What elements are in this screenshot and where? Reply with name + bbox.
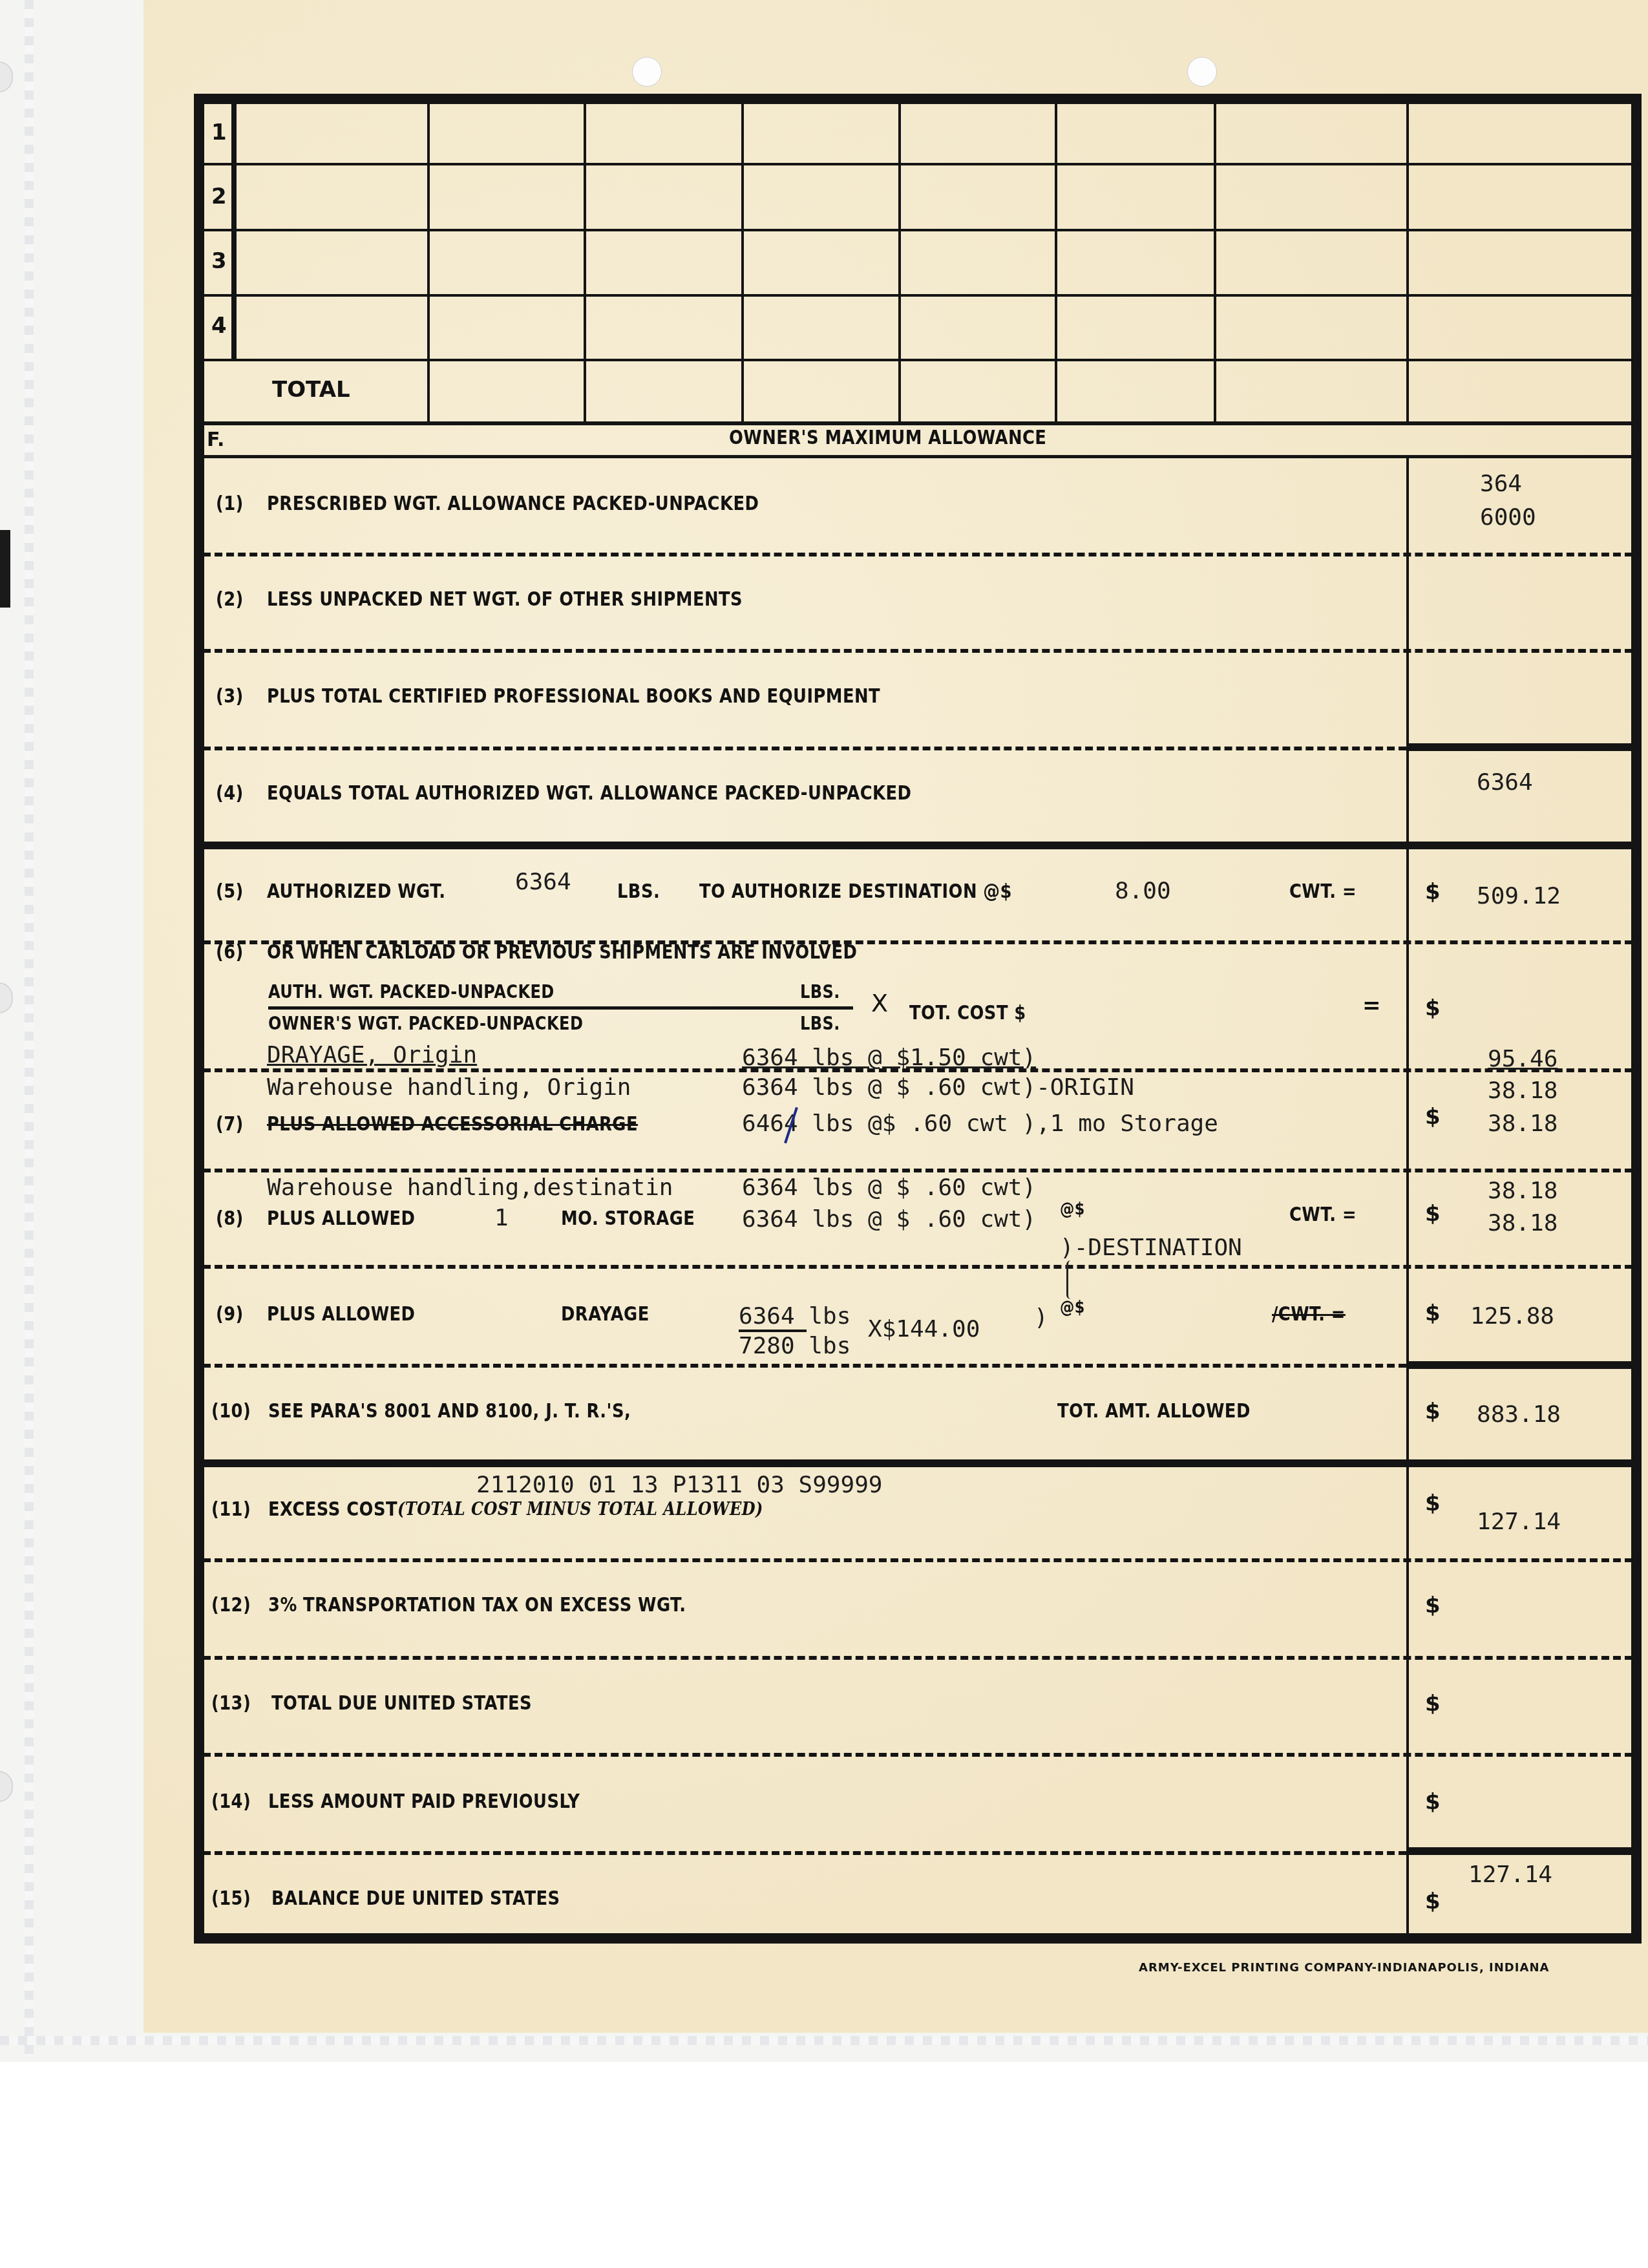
value-column-divider — [1406, 456, 1409, 1936]
line-4-label: EQUALS TOTAL AUTHORIZED WGT. ALLOWANCE P… — [267, 782, 911, 805]
line-6-auth-wgt: AUTH. WGT. PACKED-UNPACKED — [268, 981, 555, 1002]
line-separator — [203, 747, 1406, 750]
line-separator — [203, 1558, 1632, 1562]
value-separator-thick — [1406, 743, 1632, 751]
line-9-fraction-bar — [739, 1330, 807, 1332]
line-11-dollar: $ — [1425, 1490, 1441, 1516]
grid-col-divider — [1055, 102, 1057, 423]
line-9-fraction-top: 6364 lbs — [739, 1303, 850, 1330]
drayage-origin-label: DRAYAGE, Origin — [267, 1042, 477, 1068]
line-14-number: (14) — [211, 1790, 251, 1813]
section-f-line — [203, 455, 1632, 458]
line-15-value: 127.14 — [1468, 1861, 1552, 1888]
line-2-label: LESS UNPACKED NET WGT. OF OTHER SHIPMENT… — [267, 588, 743, 611]
line-6-tot-cost: TOT. COST $ — [909, 1002, 1026, 1024]
line-13-number: (13) — [211, 1692, 251, 1715]
line-8-at: @$ — [1060, 1200, 1085, 1219]
line-2-number: (2) — [216, 588, 244, 611]
line-6-owner-wgt: OWNER'S WGT. PACKED-UNPACKED — [268, 1013, 583, 1034]
line-8-destination-note: )-DESTINATION — [1060, 1235, 1242, 1261]
warehouse-origin-calc: 6364 lbs @ $ .60 cwt)-ORIGIN — [742, 1074, 1134, 1101]
line-7-value: 38.18 — [1488, 1110, 1558, 1137]
section-separator-thick — [203, 842, 1632, 849]
grid-col-divider — [741, 102, 744, 423]
grid-col-divider — [898, 102, 901, 423]
line-9-multiplier: X$144.00 — [868, 1316, 980, 1342]
line-1-value-a: 364 — [1480, 471, 1522, 497]
grid-row-number: 3 — [211, 248, 227, 274]
line-6-multiply: X — [871, 989, 888, 1017]
grid-total-label: TOTAL — [272, 377, 350, 403]
value-separator-thick — [1406, 1361, 1632, 1369]
line-10-label: SEE PARA'S 8001 AND 8100, J. T. R.'S, — [268, 1400, 631, 1423]
line-12-number: (12) — [211, 1594, 251, 1616]
line-5-dollar: $ — [1425, 879, 1441, 905]
line-9-number: (9) — [216, 1303, 244, 1326]
line-12-label: 3% TRANSPORTATION TAX ON EXCESS WGT. — [268, 1594, 686, 1616]
grid-col-divider — [1406, 102, 1409, 423]
line-15-label: BALANCE DUE UNITED STATES — [271, 1887, 560, 1910]
line-15-number: (15) — [211, 1887, 251, 1910]
grid-row-number: 2 — [211, 184, 227, 209]
line-8-label-b: MO. STORAGE — [561, 1207, 695, 1230]
grid-col-divider — [427, 102, 430, 423]
line-8-value: 38.18 — [1488, 1210, 1558, 1236]
line-7-label-struck: PLUS ALLOWED ACCESSORIAL CHARGE — [267, 1113, 638, 1136]
drayage-origin-calc: 6364 lbs @ $1.50 cwt) — [742, 1044, 1036, 1071]
value-separator-thick — [1406, 1847, 1632, 1855]
warehouse-dest-label: Warehouse handling,destinatin — [267, 1174, 673, 1201]
line-9-at: @$ — [1060, 1298, 1085, 1317]
section-letter: F. — [207, 429, 224, 451]
line-5-label-b: LBS. — [617, 880, 660, 903]
warehouse-dest-value: 38.18 — [1488, 1178, 1558, 1204]
line-separator — [203, 649, 1632, 653]
line-6-equals: = — [1362, 993, 1381, 1019]
line-14-dollar: $ — [1425, 1789, 1441, 1815]
line-10-total-label: TOT. AMT. ALLOWED — [1057, 1400, 1251, 1423]
typed-brace — [1066, 1260, 1075, 1299]
grid-row-number: 4 — [211, 313, 227, 339]
grid-row-line — [203, 359, 1632, 361]
grid-row-number: 1 — [211, 120, 227, 145]
grid-row-line — [203, 163, 1632, 165]
grid-bottom-line — [203, 421, 1632, 425]
line-5-weight: 6364 — [515, 869, 571, 895]
line-4-value: 6364 — [1477, 769, 1533, 796]
grid-row-line — [203, 229, 1632, 231]
drayage-origin-value: 95.46 — [1488, 1046, 1558, 1072]
line-3-label: PLUS TOTAL CERTIFIED PROFESSIONAL BOOKS … — [267, 685, 880, 708]
line-8-calc: 6364 lbs @ $ .60 cwt) — [742, 1206, 1036, 1233]
line-separator — [203, 1364, 1406, 1368]
grid-col-divider — [584, 102, 586, 423]
line-5-number: (5) — [216, 880, 244, 903]
grid-rownum-divider — [231, 102, 237, 361]
grid-col-divider — [1214, 102, 1216, 423]
cut-off-margin-text — [0, 530, 10, 608]
line-5-rate: 8.00 — [1115, 878, 1171, 904]
punch-hole-right — [1187, 57, 1217, 87]
warehouse-origin-value: 38.18 — [1488, 1077, 1558, 1104]
line-6-lbs-bottom: LBS. — [800, 1013, 840, 1034]
line-6-fraction-bar — [268, 1006, 853, 1010]
line-8-number: (8) — [216, 1207, 244, 1230]
line-separator — [203, 1753, 1632, 1757]
line-5-label-c: TO AUTHORIZE DESTINATION @$ — [699, 880, 1012, 903]
section-title: OWNER'S MAXIMUM ALLOWANCE — [729, 427, 1046, 449]
line-7-calc: 6464 lbs @$ .60 cwt ),1 mo Storage — [742, 1110, 1218, 1137]
line-7-dollar: $ — [1425, 1104, 1441, 1130]
line-12-dollar: $ — [1425, 1593, 1441, 1618]
line-13-dollar: $ — [1425, 1691, 1441, 1717]
line-4-number: (4) — [216, 782, 244, 805]
line-10-dollar: $ — [1425, 1399, 1441, 1425]
line-15-dollar: $ — [1425, 1889, 1441, 1914]
sleeve-perforated-bottom — [0, 2036, 1648, 2045]
line-8-dollar: $ — [1425, 1201, 1441, 1227]
warehouse-dest-calc: 6364 lbs @ $ .60 cwt) — [742, 1174, 1036, 1201]
line-7-number: (7) — [216, 1113, 244, 1136]
warehouse-origin-label: Warehouse handling, Origin — [267, 1074, 631, 1101]
line-6-dollar: $ — [1425, 995, 1441, 1021]
section-separator-thick — [203, 1459, 1632, 1467]
line-14-label: LESS AMOUNT PAID PREVIOUSLY — [268, 1790, 580, 1813]
line-separator — [203, 1265, 1632, 1269]
line-5-value: 509.12 — [1477, 883, 1561, 909]
line-1-number: (1) — [216, 493, 244, 515]
line-3-number: (3) — [216, 685, 244, 708]
line-8-months: 1 — [494, 1205, 509, 1231]
punch-hole-left — [632, 57, 662, 87]
line-6-lbs-top: LBS. — [800, 981, 840, 1002]
line-11-number: (11) — [211, 1498, 251, 1521]
line-6-number: (6) — [216, 941, 244, 964]
line-6-label: OR WHEN CARLOAD OR PREVIOUS SHIPMENTS AR… — [267, 941, 857, 964]
line-1-label: PRESCRIBED WGT. ALLOWANCE PACKED-UNPACKE… — [267, 493, 759, 515]
line-separator — [203, 1851, 1406, 1855]
line-separator — [203, 553, 1632, 556]
line-11-accounting-code: 2112010 01 13 P1311 03 S99999 — [476, 1472, 883, 1498]
line-1-value-b: 6000 — [1480, 504, 1536, 531]
line-5-label-a: AUTHORIZED WGT. — [267, 880, 446, 903]
line-10-number: (10) — [211, 1400, 251, 1423]
line-10-value: 883.18 — [1477, 1401, 1561, 1428]
line-9-dollar: $ — [1425, 1300, 1441, 1326]
line-11-label: EXCESS COST — [268, 1498, 397, 1521]
line-separator — [203, 1656, 1632, 1660]
line-13-label: TOTAL DUE UNITED STATES — [271, 1692, 532, 1715]
line-11-value: 127.14 — [1477, 1509, 1561, 1535]
printer-imprint: ARMY-EXCEL PRINTING COMPANY-INDIANAPOLIS… — [1139, 1961, 1549, 1975]
line-9-cwt: /CWT. = — [1272, 1303, 1346, 1326]
line-9-label-a: PLUS ALLOWED — [267, 1303, 415, 1326]
grid-row-line — [203, 294, 1632, 297]
line-9-value: 125.88 — [1470, 1303, 1554, 1330]
sleeve-perforated-edge — [25, 0, 34, 2055]
line-5-cwt: CWT. = — [1289, 880, 1357, 903]
line-9-label-b: DRAYAGE — [561, 1303, 650, 1326]
line-8-label-a: PLUS ALLOWED — [267, 1207, 415, 1230]
line-9-fraction-bottom: 7280 lbs — [739, 1333, 850, 1359]
line-8-cwt: CWT. = — [1289, 1203, 1357, 1226]
line-separator — [203, 1169, 1632, 1172]
line-11-note: (TOTAL COST MINUS TOTAL ALLOWED) — [397, 1498, 763, 1520]
line-9-paren: ) — [1034, 1304, 1048, 1331]
